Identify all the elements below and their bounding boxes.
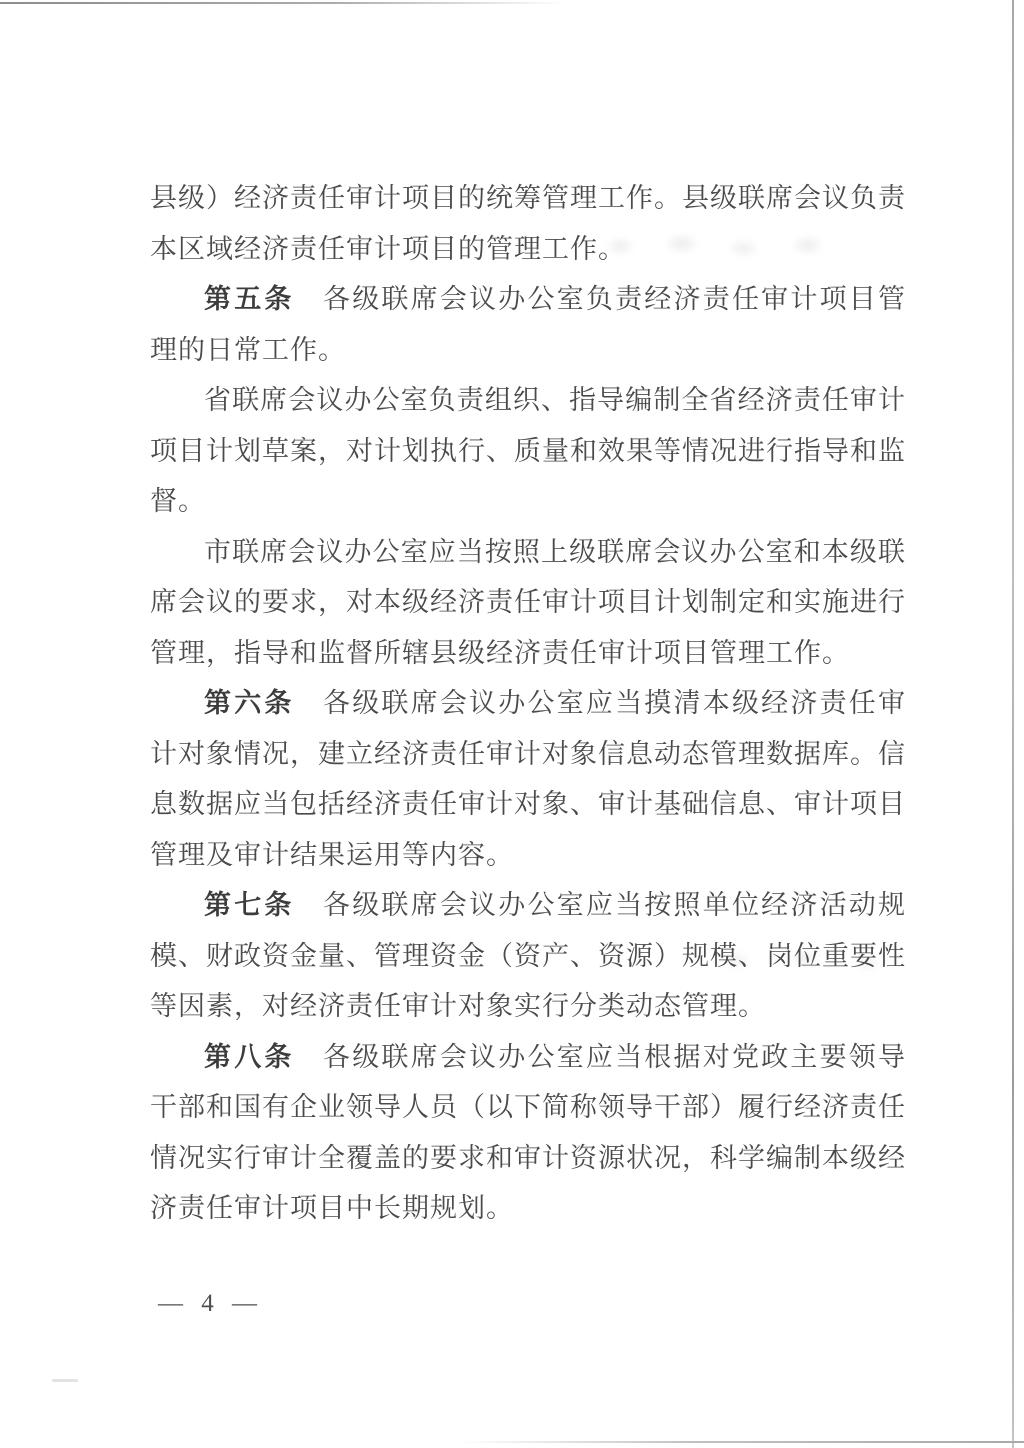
paragraph: 第七条各级联席会议办公室应当按照单位经济活动规模、财政资金量、管理资金（资产、资… [150, 880, 906, 1032]
paragraph: 市联席会议办公室应当按照上级联席会议办公室和本级联席会议的要求，对本级经济责任审… [150, 527, 906, 679]
scan-edge-bottom [460, 1441, 1024, 1443]
article-number: 第六条 [204, 688, 295, 718]
page-number: — 4 — [158, 1290, 263, 1318]
paragraph-text: 县级）经济责任审计项目的统筹管理工作。县级联席会议负责本区域经济责任审计项目的管… [150, 183, 906, 264]
paragraph-text: 市联席会议办公室应当按照上级联席会议办公室和本级联席会议的要求，对本级经济责任审… [150, 537, 906, 668]
paragraph: 第八条各级联席会议办公室应当根据对党政主要领导干部和国有企业领导人员（以下简称领… [150, 1032, 906, 1234]
article-number: 第八条 [204, 1042, 295, 1072]
article-number: 第五条 [204, 284, 295, 314]
scan-edge-right [1012, 0, 1014, 1448]
paragraph-text: 省联席会议办公室负责组织、指导编制全省经济责任审计项目计划草案，对计划执行、质量… [150, 385, 906, 516]
paragraph: 第六条各级联席会议办公室应当摸清本级经济责任审计对象情况，建立经济责任审计对象信… [150, 678, 906, 880]
paragraph: 省联席会议办公室负责组织、指导编制全省经济责任审计项目计划草案，对计划执行、质量… [150, 375, 906, 527]
scan-speck [52, 1379, 78, 1382]
document-body: 县级）经济责任审计项目的统筹管理工作。县级联席会议负责本区域经济责任审计项目的管… [150, 173, 906, 1234]
paragraph: 县级）经济责任审计项目的统筹管理工作。县级联席会议负责本区域经济责任审计项目的管… [150, 173, 906, 274]
scan-edge-top [0, 2, 565, 4]
article-number: 第七条 [204, 890, 295, 920]
scanned-document-page: 县级）经济责任审计项目的统筹管理工作。县级联席会议负责本区域经济责任审计项目的管… [0, 0, 1024, 1448]
paragraph: 第五条各级联席会议办公室负责经济责任审计项目管理的日常工作。 [150, 274, 906, 375]
